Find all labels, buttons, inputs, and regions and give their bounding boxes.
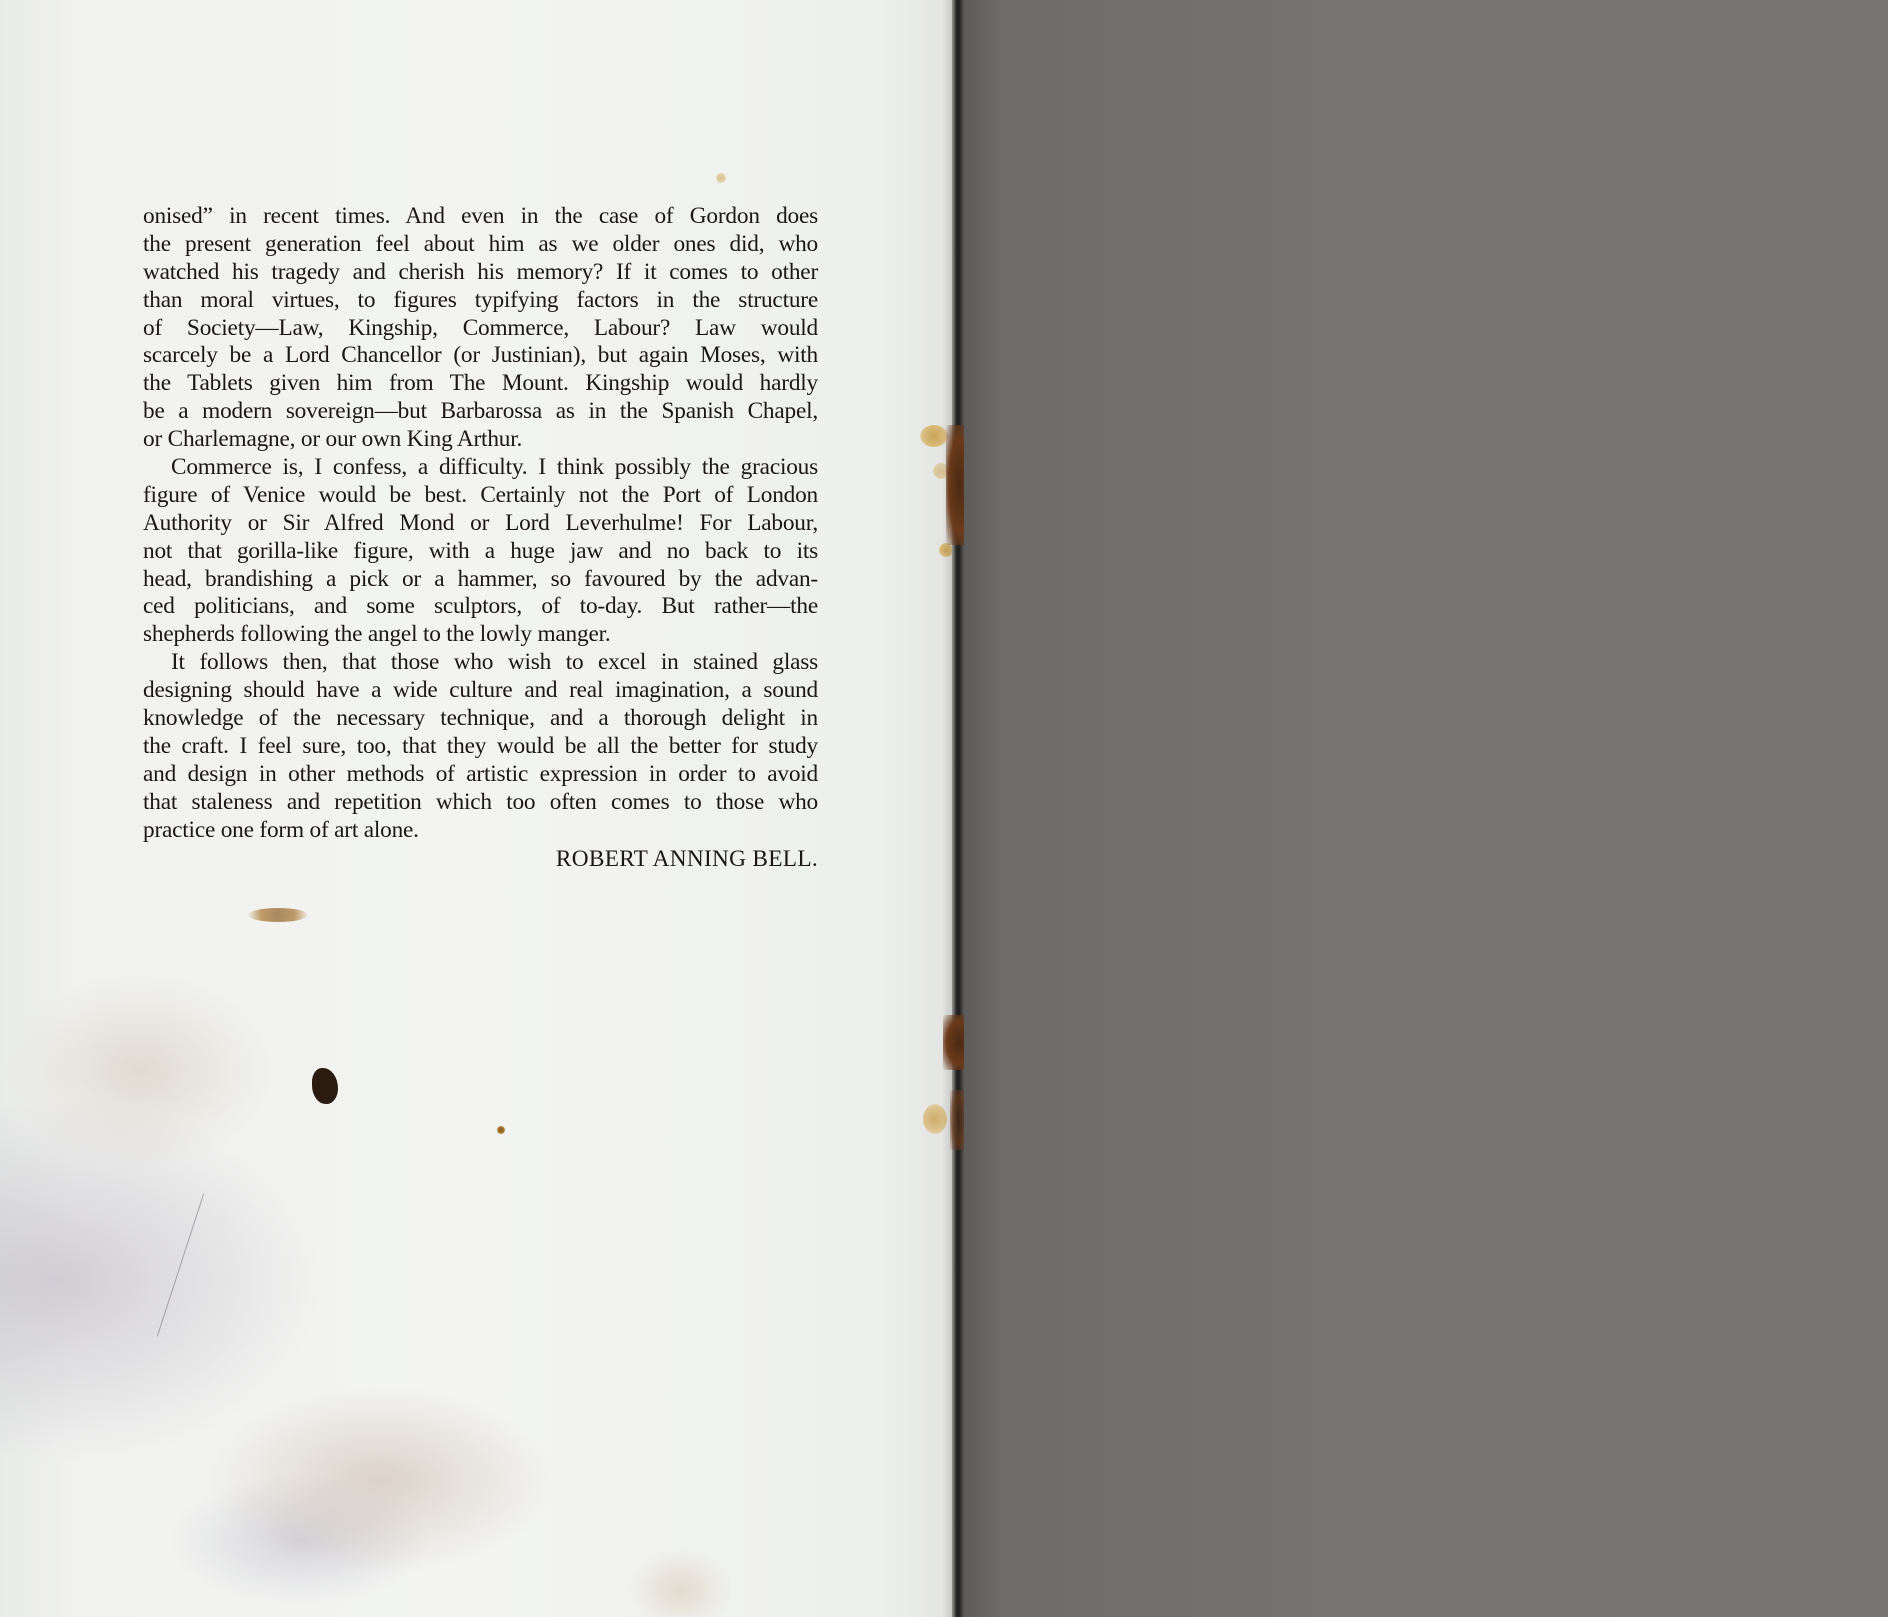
text-line: Commerce is, I confess, a difficulty. I … (143, 454, 818, 482)
text-line: practice one form of art alone. (143, 817, 818, 845)
text-line: designing should have a wide culture and… (143, 677, 818, 705)
author-signature: ROBERT ANNING BELL. (143, 846, 818, 874)
paragraph-1: onised” in recent times. And even in the… (143, 203, 818, 454)
text-line: knowledge of the necessary technique, an… (143, 705, 818, 733)
foxing-spot (497, 1126, 505, 1134)
book-spine (952, 0, 964, 1617)
book-spread: onised” in recent times. And even in the… (0, 0, 1888, 1617)
paragraph-3: It follows then, that those who wish to … (143, 649, 818, 844)
text-line: onised” in recent times. And even in the… (143, 203, 818, 231)
foxing-spot (939, 543, 953, 557)
text-line: watched his tragedy and cherish his memo… (143, 259, 818, 287)
text-line: scarcely be a Lord Chancellor (or Justin… (143, 342, 818, 370)
text-line: of Society—Law, Kingship, Commerce, Labo… (143, 315, 818, 343)
text-line: figure of Venice would be best. Certainl… (143, 482, 818, 510)
text-line: Authority or Sir Alfred Mond or Lord Lev… (143, 510, 818, 538)
paper-crease (157, 1194, 204, 1337)
foxing-spot (248, 908, 308, 922)
text-line: It follows then, that those who wish to … (143, 649, 818, 677)
text-line: ced politicians, and some sculptors, of … (143, 593, 818, 621)
text-line: the craft. I feel sure, too, that they w… (143, 733, 818, 761)
text-line: that staleness and repetition which too … (143, 789, 818, 817)
text-line: the Tablets given him from The Mount. Ki… (143, 370, 818, 398)
text-line: than moral virtues, to figures typifying… (143, 287, 818, 315)
paragraph-2: Commerce is, I confess, a difficulty. I … (143, 454, 818, 649)
ink-blot (312, 1068, 338, 1104)
text-line: head, brandishing a pick or a hammer, so… (143, 566, 818, 594)
text-line: be a modern sovereign—but Barbarossa as … (143, 398, 818, 426)
foxing-spot (716, 173, 726, 183)
right-page (964, 0, 1888, 1617)
left-page: onised” in recent times. And even in the… (0, 0, 958, 1617)
foxing-spot (923, 1104, 947, 1134)
text-line: or Charlemagne, or our own King Arthur. (143, 426, 818, 454)
text-line: not that gorilla-like figure, with a hug… (143, 538, 818, 566)
text-block: onised” in recent times. And even in the… (143, 203, 818, 874)
foxing-spot (920, 425, 948, 447)
text-line: the present generation feel about him as… (143, 231, 818, 259)
text-line: shepherds following the angel to the low… (143, 621, 818, 649)
text-line: and design in other methods of artistic … (143, 761, 818, 789)
